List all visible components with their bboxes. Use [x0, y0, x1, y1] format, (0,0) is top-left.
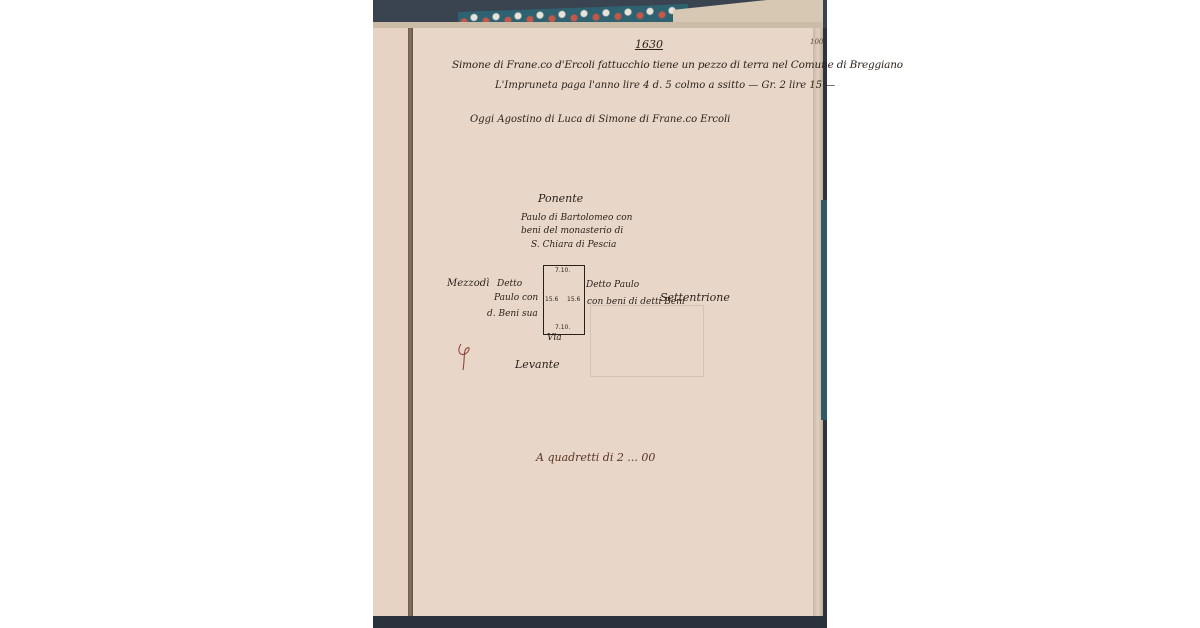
south-label: Mezzodì — [447, 278, 489, 289]
parcel-dim-bottom: 7.10. — [555, 324, 570, 331]
folio-number: 100 — [810, 38, 823, 46]
area-note: A quadretti di 2 ... 00 — [536, 451, 655, 464]
west-label: Ponente — [538, 192, 583, 205]
scan-bottom-border — [373, 616, 827, 628]
year-heading: 1630 — [635, 38, 663, 51]
south-owner-line-3: d. Beni sua — [487, 309, 538, 319]
west-owner-line-3: S. Chiara di Pescia — [531, 240, 616, 250]
bleed-through-sketch — [590, 305, 704, 377]
south-owner-line-1: Detto — [497, 279, 522, 289]
left-page — [373, 28, 408, 616]
east-label: Levante — [515, 358, 560, 371]
south-owner-line-2: Paulo con — [494, 293, 538, 303]
binding-edge — [821, 200, 827, 420]
parcel-dim-right: 15.6 — [567, 296, 580, 303]
parcel-dim-left: 15.6 — [545, 296, 558, 303]
road-label: Via — [547, 333, 562, 343]
north-owner-line-1: Detto Paulo — [586, 280, 639, 290]
red-ink-mark-icon — [455, 340, 475, 374]
entry-line-3: Oggi Agostino di Luca di Simone di Frane… — [470, 114, 730, 125]
entry-line-2: L'Impruneta paga l'anno lire 4 d. 5 colm… — [495, 80, 835, 91]
west-owner-line-1: Paulo di Bartolomeo con — [521, 213, 632, 223]
west-owner-line-2: beni del monasterio di — [521, 226, 623, 236]
entry-line-1: Simone di Frane.co d'Ercoli fattucchio t… — [452, 59, 903, 71]
parcel-dim-top: 7.10. — [555, 267, 570, 274]
north-label: Settentrione — [660, 291, 730, 304]
